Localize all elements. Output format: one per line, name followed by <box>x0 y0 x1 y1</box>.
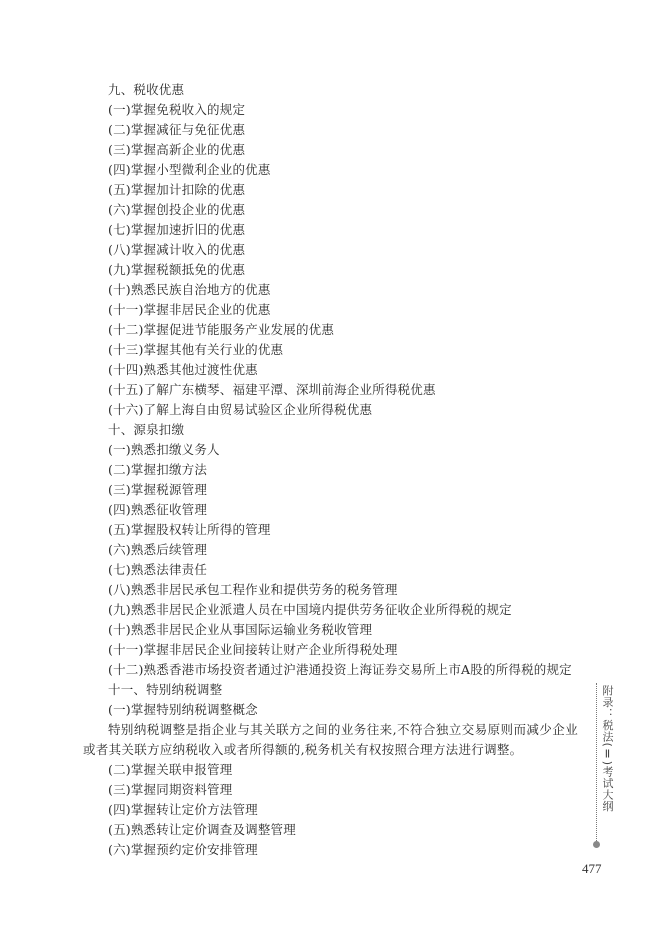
list-item: (四)掌握转让定价方法管理 <box>83 800 578 820</box>
list-item: (六)掌握预约定价安排管理 <box>83 840 578 860</box>
list-item: (七)掌握加速折旧的优惠 <box>83 220 578 240</box>
chapter-sidebar: 附录：税法(Ⅱ)考试大纲 <box>593 683 613 853</box>
list-item: (十四)熟悉其他过渡性优惠 <box>83 360 578 380</box>
list-item: (十六)了解上海自由贸易试验区企业所得税优惠 <box>83 400 578 420</box>
list-item: (八)熟悉非居民承包工程作业和提供劳务的税务管理 <box>83 580 578 600</box>
list-item: (五)掌握加计扣除的优惠 <box>83 180 578 200</box>
list-item: (六)掌握创投企业的优惠 <box>83 200 578 220</box>
list-item: (五)掌握股权转让所得的管理 <box>83 520 578 540</box>
list-item: (六)熟悉后续管理 <box>83 540 578 560</box>
list-item: (二)掌握扣缴方法 <box>83 460 578 480</box>
list-item: (十)熟悉民族自治地方的优惠 <box>83 280 578 300</box>
page-body: 九、税收优惠 (一)掌握免税收入的规定 (二)掌握减征与免征优惠 (三)掌握高新… <box>83 80 578 860</box>
list-item: (三)掌握税源管理 <box>83 480 578 500</box>
list-item: (三)掌握同期资料管理 <box>83 780 578 800</box>
sidebar-label: 附录：税法(Ⅱ)考试大纲 <box>601 685 613 812</box>
list-item: (十五)了解广东横琴、福建平潭、深圳前海企业所得税优惠 <box>83 380 578 400</box>
list-item: (八)掌握减计收入的优惠 <box>83 240 578 260</box>
list-item: (一)掌握免税收入的规定 <box>83 100 578 120</box>
list-item: (十)熟悉非居民企业从事国际运输业务税收管理 <box>83 620 578 640</box>
definition-paragraph: 特别纳税调整是指企业与其关联方之间的业务往来,不符合独立交易原则而减少企业或者其… <box>83 720 578 760</box>
list-item: (一)熟悉扣缴义务人 <box>83 440 578 460</box>
list-item: (十一)掌握非居民企业的优惠 <box>83 300 578 320</box>
list-item: (三)掌握高新企业的优惠 <box>83 140 578 160</box>
list-item: (九)熟悉非居民企业派遣人员在中国境内提供劳务征收企业所得税的规定 <box>83 600 578 620</box>
list-item: (二)掌握关联申报管理 <box>83 760 578 780</box>
list-item: (四)掌握小型微利企业的优惠 <box>83 160 578 180</box>
list-item: (四)熟悉征收管理 <box>83 500 578 520</box>
list-item: (十一)掌握非居民企业间接转让财产企业所得税处理 <box>83 640 578 660</box>
list-item: (一)掌握特别纳税调整概念 <box>83 700 578 720</box>
section-heading: 十、源泉扣缴 <box>83 420 578 440</box>
section-heading: 九、税收优惠 <box>83 80 578 100</box>
list-item: (十二)熟悉香港市场投资者通过沪港通投资上海证券交易所上市A股的所得税的规定 <box>83 660 578 680</box>
dotted-rule <box>596 683 597 843</box>
list-item: (十三)掌握其他有关行业的优惠 <box>83 340 578 360</box>
list-item: (七)熟悉法律责任 <box>83 560 578 580</box>
list-item: (五)熟悉转让定价调查及调整管理 <box>83 820 578 840</box>
list-item: (二)掌握减征与免征优惠 <box>83 120 578 140</box>
list-item: (九)掌握税额抵免的优惠 <box>83 260 578 280</box>
bullet-dot-icon <box>593 841 600 848</box>
section-heading: 十一、特别纳税调整 <box>83 680 578 700</box>
list-item: (十二)掌握促进节能服务产业发展的优惠 <box>83 320 578 340</box>
page-number: 477 <box>582 861 602 877</box>
